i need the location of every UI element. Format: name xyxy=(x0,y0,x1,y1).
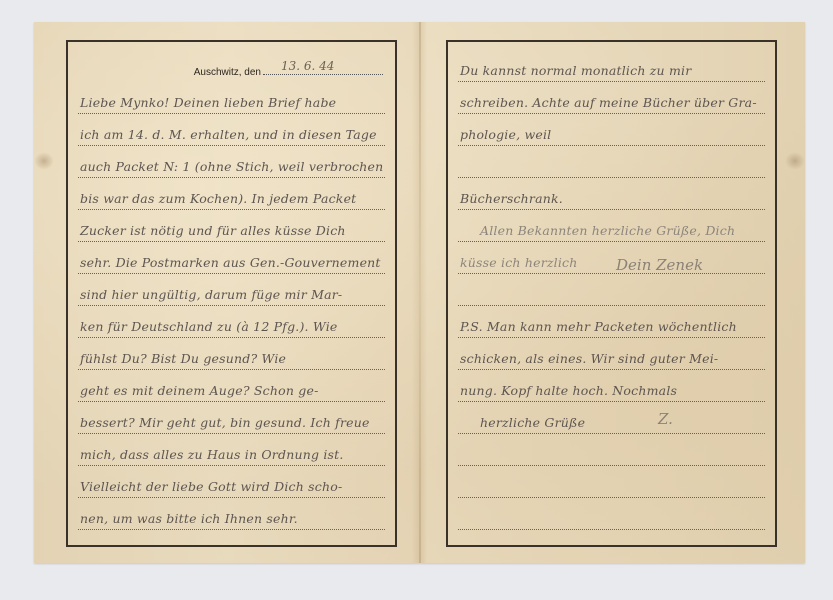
handwritten-text: bessert? Mir geht gut, bin gesund. Ich f… xyxy=(80,415,370,430)
handwritten-text: geht es mit deinem Auge? Schon ge- xyxy=(80,383,319,398)
fold-tear-left xyxy=(34,152,54,170)
right-line: schicken, als eines. Wir sind guter Mei- xyxy=(458,338,765,370)
left-line: Vielleicht der liebe Gott wird Dich scho… xyxy=(78,466,385,498)
left-line: fühlst Du? Bist Du gesund? Wie xyxy=(78,338,385,370)
handwritten-text: nung. Kopf halte hoch. Nochmals xyxy=(460,383,677,398)
right-line xyxy=(458,146,765,178)
right-line: küsse ich herzlich xyxy=(458,242,765,274)
handwritten-text: mich, dass alles zu Haus in Ordnung ist. xyxy=(80,447,344,462)
initial-signature: Z. xyxy=(658,410,673,428)
handwritten-text: küsse ich herzlich xyxy=(460,255,578,270)
left-line: Zucker ist nötig und für alles küsse Dic… xyxy=(78,210,385,242)
handwritten-text: sehr. Die Postmarken aus Gen.-Gouverneme… xyxy=(80,255,381,270)
left-line: auch Packet N: 1 (ohne Stich, weil verbr… xyxy=(78,146,385,178)
left-line: mich, dass alles zu Haus in Ordnung ist. xyxy=(78,434,385,466)
handwritten-text: nen, um was bitte ich Ihnen sehr. xyxy=(80,511,298,526)
handwritten-text: fühlst Du? Bist Du gesund? Wie xyxy=(80,351,286,366)
right-line: nung. Kopf halte hoch. Nochmals xyxy=(458,370,765,402)
letter-sheet: Auschwitz, den 13. 6. 44 Liebe Mynko! De… xyxy=(34,22,805,563)
right-page-frame: Du kannst normal monatlich zu mir schrei… xyxy=(446,40,777,547)
handwritten-text: ich am 14. d. M. erhalten, und in diesen… xyxy=(80,127,377,142)
right-line: Bücherschrank. xyxy=(458,178,765,210)
handwritten-text: schreiben. Achte auf meine Bücher über G… xyxy=(460,95,757,110)
right-line xyxy=(458,434,765,466)
place-date-header: Auschwitz, den 13. 6. 44 xyxy=(194,64,383,78)
right-line: phologie, weil xyxy=(458,114,765,146)
left-line: ken für Deutschland zu (à 12 Pfg.). Wie xyxy=(78,306,385,338)
left-line: sind hier ungültig, darum füge mir Mar- xyxy=(78,274,385,306)
right-line xyxy=(458,498,765,530)
handwritten-text: auch Packet N: 1 (ohne Stich, weil verbr… xyxy=(80,159,383,174)
handwritten-text: herzliche Grüße xyxy=(480,415,585,430)
right-line: schreiben. Achte auf meine Bücher über G… xyxy=(458,82,765,114)
handwritten-text: phologie, weil xyxy=(460,127,551,142)
handwritten-text: Zucker ist nötig und für alles küsse Dic… xyxy=(80,223,346,238)
center-fold xyxy=(419,22,421,563)
right-line: herzliche Grüße xyxy=(458,402,765,434)
left-line: nen, um was bitte ich Ihnen sehr. xyxy=(78,498,385,530)
handwritten-text: schicken, als eines. Wir sind guter Mei- xyxy=(460,351,718,366)
signature: Dein Zenek xyxy=(616,256,703,274)
left-line: sehr. Die Postmarken aus Gen.-Gouverneme… xyxy=(78,242,385,274)
handwritten-text: P.S. Man kann mehr Packeten wöchentlich xyxy=(460,319,737,334)
handwritten-text: Vielleicht der liebe Gott wird Dich scho… xyxy=(80,479,342,494)
left-line: bis war das zum Kochen). In jedem Packet xyxy=(78,178,385,210)
left-line: bessert? Mir geht gut, bin gesund. Ich f… xyxy=(78,402,385,434)
right-line: P.S. Man kann mehr Packeten wöchentlich xyxy=(458,306,765,338)
handwritten-text: Bücherschrank. xyxy=(460,191,563,206)
right-line: Allen Bekannten herzliche Grüße, Dich xyxy=(458,210,765,242)
handwritten-text: Allen Bekannten herzliche Grüße, Dich xyxy=(480,223,735,238)
left-page-frame: Auschwitz, den 13. 6. 44 Liebe Mynko! De… xyxy=(66,40,397,547)
right-line xyxy=(458,274,765,306)
handwritten-text: ken für Deutschland zu (à 12 Pfg.). Wie xyxy=(80,319,338,334)
left-line: Liebe Mynko! Deinen lieben Brief habe xyxy=(78,82,385,114)
handwritten-text: bis war das zum Kochen). In jedem Packet xyxy=(80,191,356,206)
date-field: 13. 6. 44 xyxy=(263,64,383,75)
printed-place-label: Auschwitz, den xyxy=(194,67,261,78)
handwritten-text: Liebe Mynko! Deinen lieben Brief habe xyxy=(80,95,336,110)
right-line xyxy=(458,466,765,498)
handwritten-text: Du kannst normal monatlich zu mir xyxy=(460,63,691,78)
handwritten-date: 13. 6. 44 xyxy=(281,59,334,73)
left-line: geht es mit deinem Auge? Schon ge- xyxy=(78,370,385,402)
fold-tear-right xyxy=(785,152,805,170)
right-line: Du kannst normal monatlich zu mir xyxy=(458,50,765,82)
left-line: ich am 14. d. M. erhalten, und in diesen… xyxy=(78,114,385,146)
handwritten-text: sind hier ungültig, darum füge mir Mar- xyxy=(80,287,342,302)
